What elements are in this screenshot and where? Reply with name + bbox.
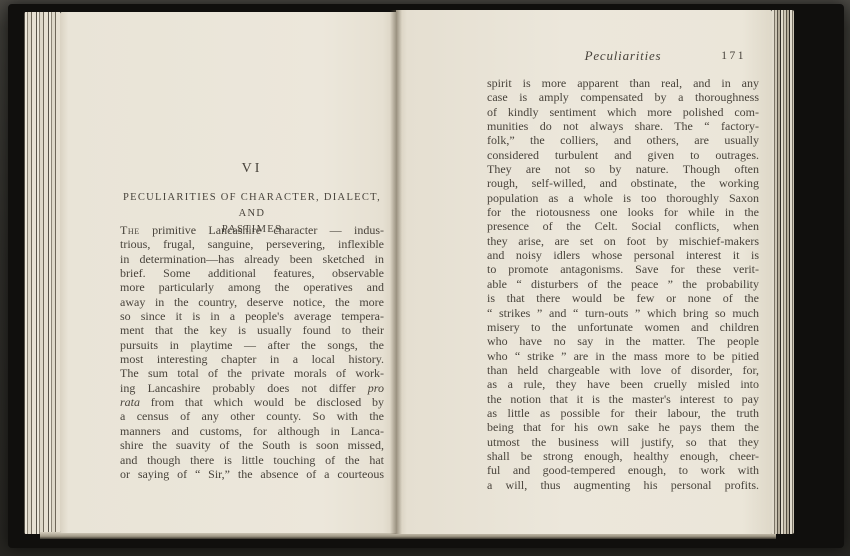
text-line: they arise, are set on foot by mischief-… — [487, 234, 759, 248]
text-line: They are not so by nature. Though often — [487, 162, 759, 176]
text-line: so since it is in a people's average tem… — [120, 309, 384, 323]
text-line: case is amply compensated by a thoroughn… — [487, 90, 759, 104]
text-line: a will, thus augmenting his personal pro… — [487, 478, 759, 492]
text-line: to promote antagonisms. Save for these v… — [487, 262, 759, 276]
text-line: for the riotousness one looks for while … — [487, 205, 759, 219]
text-line: shire the suavity of the South is soon m… — [120, 438, 384, 452]
text-line: or saying of “ Sir,” the absence of a co… — [120, 467, 384, 481]
text-line: rata from that which would be disclosed … — [120, 395, 384, 409]
left-page-fore-edges — [24, 12, 60, 534]
text-line: The primitive Lancashire character — ind… — [120, 223, 384, 237]
text-line: more particularly among the operatives a… — [120, 280, 384, 294]
text-line: shall be strong enough, healthy enough, … — [487, 449, 759, 463]
text-line: able “ disturbers of the peace ” the pro… — [487, 277, 759, 291]
text-line: manners and customs, for although in Lan… — [120, 424, 384, 438]
text-line: most interesting chapter in a local hist… — [120, 352, 384, 366]
book-photo-scene: VI PECULIARITIES OF CHARACTER, DIALECT, … — [0, 0, 850, 556]
text-line: pursuits in playtime — after the songs, … — [120, 338, 384, 352]
text-line: and though there is little touching of t… — [120, 453, 384, 467]
page-number: 171 — [487, 50, 746, 62]
text-line: considered turbulent and given to outrag… — [487, 148, 759, 162]
text-line: population as a whole is too thoroughly … — [487, 191, 759, 205]
text-line: utmost the business will justify, so tha… — [487, 435, 759, 449]
text-line: ment that the key is usually found to th… — [120, 323, 384, 337]
text-line: a census of any other county. So with th… — [120, 409, 384, 423]
text-line: munities do not always share. The “ fact… — [487, 119, 759, 133]
text-line: The sum total of the private morals of w… — [120, 366, 384, 380]
chapter-number: VI — [120, 161, 384, 177]
text-line: “ strikes ” and “ turn-outs ” which brin… — [487, 306, 759, 320]
right-page-fore-edges — [772, 10, 794, 534]
text-line: ing Lancashire probably does not differ … — [120, 381, 384, 395]
text-line: who have no say in the matter. The peopl… — [487, 334, 759, 348]
text-line: misery to the unfortunate women and chil… — [487, 320, 759, 334]
text-line: rough, self-willed, and obstinate, the w… — [487, 176, 759, 190]
text-line: as little as possible for their labour, … — [487, 406, 759, 420]
book-gutter — [390, 10, 402, 534]
text-line: than held chargeable with love of disord… — [487, 363, 759, 377]
text-line: as a rule, they have been cruelly misled… — [487, 377, 759, 391]
text-line: and noisy idlers whose personal interest… — [487, 248, 759, 262]
text-line: spirit is more apparent than real, and i… — [487, 76, 759, 90]
text-line: the notion that it is the master's inter… — [487, 392, 759, 406]
text-line: trious, frugal, sanguine, persevering, i… — [120, 237, 384, 251]
text-line: who “ strike ” are in the mass more to b… — [487, 349, 759, 363]
text-line: being that for his own sake he pays them… — [487, 420, 759, 434]
text-line: in determination—has already been sketch… — [120, 252, 384, 266]
right-page-body-text: spirit is more apparent than real, and i… — [487, 76, 759, 492]
text-line: away in the country, deserve notice, the… — [120, 295, 384, 309]
text-line: brief. Some additional features, observa… — [120, 266, 384, 280]
text-line: of kindly sentiment which more polished … — [487, 105, 759, 119]
text-line: is that there would be few or none of th… — [487, 291, 759, 305]
text-line: presence of the Celt. Social conflicts, … — [487, 219, 759, 233]
left-page-body-text: The primitive Lancashire character — ind… — [120, 223, 384, 481]
chapter-heading-line1: PECULIARITIES OF CHARACTER, DIALECT, AND — [108, 190, 396, 222]
text-line: folk,” the colliers, and others, are usu… — [487, 133, 759, 147]
text-line: ful and good-tempered enough, to work wi… — [487, 463, 759, 477]
